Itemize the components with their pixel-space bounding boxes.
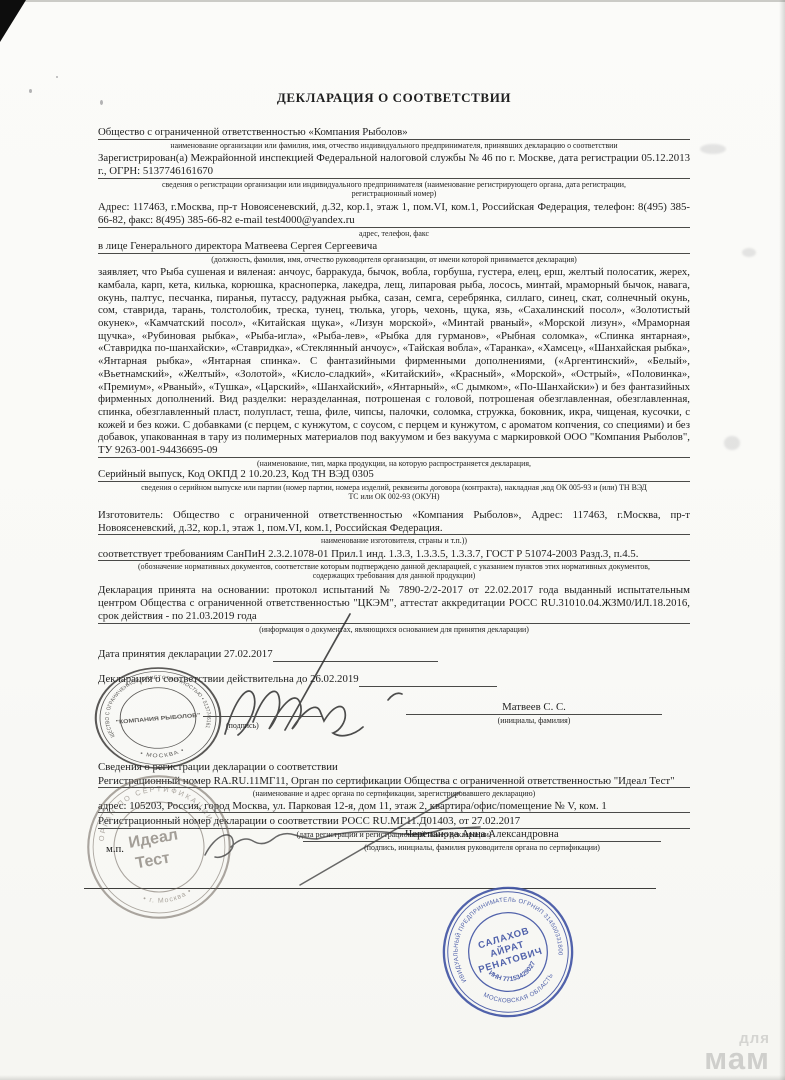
signature-line — [203, 716, 323, 717]
company-seal-center-text: "КОМПАНИЯ РЫБОЛОВ" — [115, 712, 200, 725]
director-name-block: Матвеев С. С. (инициалы, фамилия) — [406, 701, 662, 725]
scanned-declaration-page: ДЕКЛАРАЦИЯ О СООТВЕТСТВИИ Общество с огр… — [0, 0, 785, 1080]
compliance-caption: (обозначение нормативных документов, соо… — [122, 562, 667, 580]
cert-seal-center-line1: Идеал — [127, 825, 179, 851]
scan-artifact — [0, 0, 785, 2]
scan-edge-shadow — [779, 0, 785, 1080]
serial-line: Серийный выпуск, Код ОКПД 2 10.20.23, Ко… — [98, 468, 690, 482]
director-signature — [193, 584, 463, 774]
document-title: ДЕКЛАРАЦИЯ О СООТВЕТСТВИИ — [98, 90, 690, 106]
signature-caption: (подпись) — [226, 721, 259, 730]
entrepreneur-seal-stamp: ИНДИВИДУАЛЬНЫЙ ПРЕДПРИНИМАТЕЛЬ ОГРНИП 31… — [440, 884, 576, 1020]
applicant-address: Адрес: 117463, г.Москва, пр-т Новоясенев… — [98, 201, 690, 227]
director-name-caption: (инициалы, фамилия) — [406, 716, 662, 725]
applicant-registration: Зарегистрирован(а) Межрайонной инспекцие… — [98, 152, 690, 178]
serial-caption: сведения о серийном выпуске или партии (… — [139, 483, 648, 501]
watermark-line2: мам — [704, 1045, 770, 1072]
manufacturer-caption: наименование изготовителя, страны и т.п.… — [98, 536, 690, 545]
scan-artifact — [29, 89, 32, 93]
cert-signature-row: ОРГАН ПО СЕРТИФИКАЦИИ • г. Москва • Идеа… — [98, 840, 690, 884]
compliance-line: соответствует требованиям СанПиН 2.3.2.1… — [98, 548, 690, 562]
document-content: ДЕКЛАРАЦИЯ О СООТВЕТСТВИИ Общество с огр… — [98, 90, 690, 889]
representative-line: в лице Генерального директора Матвеева С… — [98, 240, 690, 254]
scan-artifact — [56, 76, 58, 78]
scan-artifact — [742, 248, 756, 257]
manufacturer-line: Изготовитель: Общество с ограниченной от… — [98, 509, 690, 535]
product-description: заявляет, что Рыба сушеная и вяленая: ан… — [98, 266, 690, 458]
scan-edge-shadow — [0, 1075, 785, 1080]
mp-label: м.п. — [106, 843, 124, 856]
cert-head-name: Черепанова Анна Александровна — [303, 828, 661, 842]
scan-artifact — [0, 0, 26, 42]
watermark: для мам — [704, 1032, 770, 1072]
applicant-name: Общество с ограниченной ответственностью… — [98, 126, 690, 140]
applicant-address-caption: адрес, телефон, факс — [98, 229, 690, 238]
company-seal-bottom-text: • МОСКВА • — [138, 747, 187, 760]
cert-head-name-block: Черепанова Анна Александровна (подпись, … — [303, 828, 661, 852]
applicant-name-caption: наименование организации или фамилия, им… — [139, 141, 648, 150]
signature-row: ОБЩЕСТВО С ОГРАНИЧЕННОЙ ОТВЕТСТВЕННОСТЬЮ… — [98, 689, 690, 761]
scan-artifact — [700, 144, 726, 154]
applicant-registration-caption: сведения о регистрации организации или и… — [139, 180, 648, 199]
representative-caption: (должность, фамилия, имя, отчество руков… — [98, 255, 690, 264]
director-name: Матвеев С. С. — [406, 701, 662, 715]
cert-seal-center-line2: Тест — [134, 848, 171, 872]
svg-text:• МОСКВА •: • МОСКВА • — [138, 747, 187, 760]
product-caption: (наименование, тип, марка продукции, на … — [98, 459, 690, 468]
scan-artifact — [724, 436, 740, 450]
cert-head-name-caption: (подпись, инициалы, фамилия руководителя… — [303, 843, 661, 852]
